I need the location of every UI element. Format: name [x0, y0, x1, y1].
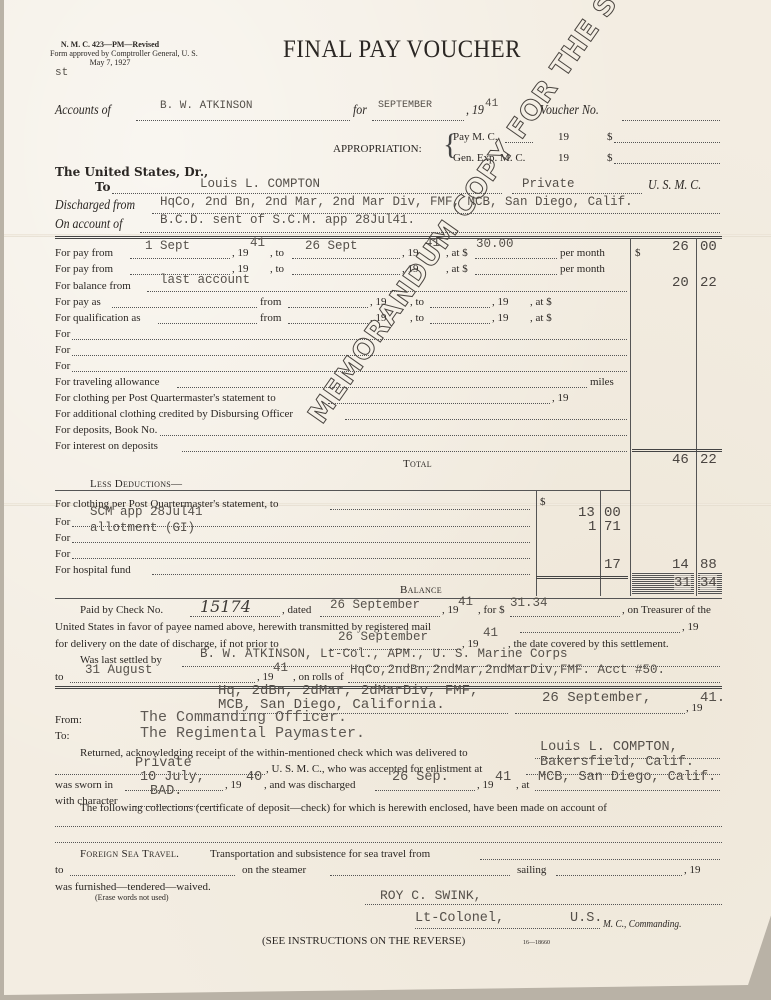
signer-name: ROY C. SWINK, — [380, 888, 481, 903]
endorse-date-underline — [515, 713, 685, 714]
check-label: Paid by Check No. — [80, 604, 163, 616]
deposits-label: For deposits, Book No. — [55, 424, 157, 436]
balance-from: last account — [160, 273, 250, 287]
deduction-cents-rule — [600, 490, 601, 596]
collections-line-1 — [55, 826, 722, 827]
clothing-label: For clothing per Post Quartermaster's st… — [55, 392, 276, 404]
additional-clothing-label: For additional clothing credited by Disb… — [55, 408, 293, 420]
pay-from-underline — [130, 258, 230, 259]
from-value: The Commanding Officer. — [140, 709, 347, 726]
sworn-label: was sworn in — [55, 779, 113, 791]
pay-year1-label: , 19 — [232, 247, 249, 259]
on-account-of: B.C.D. sent of S.C.M. app 28Jul41. — [160, 213, 415, 227]
discharged-date: 26 Sep. — [392, 770, 449, 785]
mail-year: , 19 — [682, 621, 699, 633]
interest-label: For interest on deposits — [55, 440, 158, 452]
qualification-year2: , 19 — [492, 312, 509, 324]
balance-dollars: 31 — [674, 575, 691, 591]
accounts-month: SEPTEMBER — [378, 100, 432, 111]
check-year-label: , 19 — [442, 604, 459, 616]
month-underline — [372, 120, 464, 121]
discharged-at-underline — [535, 790, 720, 791]
character: BAD. — [150, 784, 182, 799]
discharged-at: MCB, San Diego, Calif. — [538, 770, 716, 785]
genexp-underline — [614, 163, 720, 164]
settled-to-label: to — [55, 671, 64, 683]
delivered-to: Louis L. COMPTON, — [540, 740, 678, 755]
clothing-year: , 19 — [552, 392, 569, 404]
signer-rank: Lt-Colonel, — [415, 911, 504, 926]
sailing-year: , 19 — [684, 864, 701, 876]
qualification-from: from — [260, 312, 281, 324]
deduction-2-cents: 71 — [604, 519, 621, 535]
pay-dollars: 26 — [672, 239, 689, 255]
deduction-item-2: allotment (GI) — [90, 521, 195, 535]
signer-service: U.S. — [570, 911, 602, 926]
deduction-for-1: For — [55, 516, 70, 528]
endorse-year: 41. — [700, 690, 725, 706]
dollars-column-rule — [630, 238, 631, 596]
traveling-underline — [177, 387, 587, 388]
furnished-text: was furnished—tendered—waived. — [55, 881, 211, 893]
discharged-year: 41 — [495, 770, 511, 785]
qualification-label: For qualification as — [55, 312, 141, 324]
settled-by: B. W. ATKINSON, Lt-Col., APM., U. S. Mar… — [200, 647, 568, 661]
interest-underline — [182, 451, 627, 452]
per-month-label: per month — [560, 247, 605, 259]
total-cents: 22 — [700, 452, 717, 468]
steamer-label: on the steamer — [242, 864, 306, 876]
deductions-sum-rule — [536, 576, 628, 579]
per-month-label-2: per month — [560, 263, 605, 275]
sworn-date: 10 July, — [140, 770, 205, 785]
pay-year: 19 — [558, 131, 569, 143]
pay-to-label: , to — [270, 247, 284, 259]
usmc-text: , U. S. M. C., who was accepted for enli… — [266, 763, 482, 775]
dated-underline — [320, 616, 440, 617]
cents-column-rule — [696, 238, 697, 596]
endorse-date: 26 September, — [542, 690, 651, 706]
settled-year: 41 — [273, 661, 288, 675]
deduction-clothing-underline — [330, 509, 530, 510]
commanding-label: M. C., Commanding. — [603, 918, 681, 930]
payee-name: Louis L. COMPTON — [200, 177, 320, 191]
discharged-label-endorse: , and was discharged — [264, 779, 355, 791]
form-code: N. M. C. 423—PM—Revised — [50, 40, 170, 49]
deduction-for-2: For — [55, 532, 70, 544]
accounts-name: B. W. ATKINSON — [160, 100, 252, 112]
deductions-total-dollars: 14 — [672, 557, 689, 573]
check-amount: 31.34 — [510, 596, 548, 610]
sea-travel-heading: Foreign Sea Travel. — [80, 848, 179, 860]
pay2-to-underline — [292, 274, 400, 275]
pay-year1: 41 — [250, 236, 265, 250]
hospital-fund-underline — [152, 574, 530, 575]
at-label: , at — [516, 779, 529, 791]
discharged-from: HqCo, 2nd Bn, 2nd Mar, 2nd Mar Div, FMF,… — [160, 195, 633, 209]
qualification-from-underline — [288, 323, 368, 324]
delivery-date: 26 September — [338, 630, 428, 644]
delivery-year: 41 — [483, 626, 498, 640]
sea-travel-text: Transportation and subsistence for sea t… — [210, 848, 430, 860]
pay2-rate-underline — [475, 274, 557, 275]
discharged-date-underline — [375, 790, 475, 791]
enlisted-at: Bakersfield, Calif. — [540, 755, 694, 770]
pay-to-date: 26 Sept — [305, 239, 358, 253]
check-underline — [190, 616, 280, 617]
form-code-block: N. M. C. 423—PM—Revised Form approved by… — [50, 40, 170, 67]
sailing-underline — [556, 875, 682, 876]
qualification-at: , at $ — [530, 312, 552, 324]
year-prefix: , 19 — [466, 103, 484, 119]
st-mark: st — [55, 67, 68, 79]
deductions-total-cents: 88 — [700, 557, 717, 573]
check-number: 15174 — [200, 597, 251, 616]
deduction-2-dollars: 1 — [588, 519, 596, 535]
amount-underline — [510, 616, 620, 617]
qualification-underline — [158, 323, 257, 324]
instructions-note: (SEE INSTRUCTIONS ON THE REVERSE) — [262, 935, 465, 947]
steamer-underline — [330, 875, 510, 876]
balance-label: Balance — [400, 584, 442, 596]
for-line-2: For — [55, 344, 70, 356]
pay-dollar: $ — [607, 131, 613, 143]
deduction-underline-3 — [72, 558, 530, 559]
treasurer-text: , on Treasurer of the — [622, 604, 711, 616]
pay-as-at: , at $ — [530, 296, 552, 308]
to-underline — [112, 193, 502, 194]
deduction-for-3: For — [55, 548, 70, 560]
pay-as-from: from — [260, 296, 281, 308]
additional-clothing-underline — [345, 419, 627, 420]
sworn-year: 40 — [246, 770, 262, 785]
clothing-underline — [328, 403, 550, 404]
amount-label: , for $ — [478, 604, 505, 616]
payee-rank: Private — [522, 177, 575, 191]
accounts-label: Accounts of — [55, 103, 111, 119]
deductions-rule — [55, 490, 630, 491]
check-year: 41 — [458, 595, 473, 609]
collections-text: The following collections (certificate o… — [80, 802, 607, 814]
pay-cents: 00 — [700, 239, 717, 255]
deduction-underline-2 — [72, 542, 530, 543]
pay2-at-label: , at $ — [446, 263, 468, 275]
sworn-year-label: , 19 — [225, 779, 242, 791]
deduction-dollar-sign: $ — [540, 496, 546, 508]
endorse-rank: Private — [135, 756, 192, 771]
rolls-label: , on rolls of — [293, 671, 344, 683]
pay-rate: 30.00 — [476, 237, 514, 251]
pay-from-date: 1 Sept — [145, 239, 190, 253]
pay-to-underline — [292, 258, 400, 259]
sea-from-underline — [480, 859, 720, 860]
qualification-to: , to — [410, 312, 424, 324]
mail-underline — [520, 632, 680, 633]
hospital-fund-label: For hospital fund — [55, 564, 131, 576]
deduction-dollars-rule — [536, 490, 537, 596]
genexp-dollar: $ — [607, 152, 613, 164]
pay-as-to-underline — [430, 307, 490, 308]
balance-from-label: For balance from — [55, 280, 131, 292]
balance-cents: 22 — [700, 275, 717, 291]
discharged-year-label: , 19 — [477, 779, 494, 791]
pay-from-label: For pay from — [55, 247, 113, 259]
form-approval: Form approved by Comptroller General, U.… — [50, 49, 170, 58]
to-value: The Regimental Paymaster. — [140, 725, 365, 742]
service-label: U. S. M. C. — [648, 178, 701, 194]
to-label-endorse: To: — [55, 730, 70, 742]
balance-dollars: 20 — [672, 275, 689, 291]
voucher-underline — [622, 120, 720, 121]
appropriation-label: APPROPRIATION: — [333, 143, 422, 155]
sea-to-underline — [70, 875, 235, 876]
pay-as-from-underline — [288, 307, 368, 308]
hospital-fund-cents: 17 — [604, 557, 621, 573]
page-title: FINAL PAY VOUCHER — [283, 36, 521, 64]
pay-from-label-2: For pay from — [55, 263, 113, 275]
check-date: 26 September — [330, 598, 420, 612]
rate-underline — [475, 258, 557, 259]
miles-label: miles — [590, 376, 614, 388]
collections-line-2 — [55, 842, 722, 843]
pay2-to-label: , to — [270, 263, 284, 275]
accounts-underline — [136, 120, 350, 121]
to-label: To — [95, 180, 111, 194]
settled-year-label: , 19 — [257, 671, 274, 683]
on-account-label: On account of — [55, 217, 122, 233]
for-underline-1 — [72, 339, 627, 340]
deposits-underline — [160, 435, 627, 436]
sea-to-label: to — [55, 864, 64, 876]
balance-cents: 34 — [700, 575, 717, 591]
deduction-item-1: SCM app 28Jul41 — [90, 505, 203, 519]
settled-to: 31 August — [85, 663, 153, 677]
traveling-label: For traveling allowance — [55, 376, 159, 388]
united-states-heading: The United States, Dr., — [55, 165, 208, 179]
sailing-label: sailing — [517, 864, 546, 876]
pay-as-underline — [112, 307, 257, 308]
less-deductions-heading: Less Deductions— — [90, 478, 182, 490]
pay-amount-underline — [614, 142, 720, 143]
from-label: From: — [55, 714, 82, 726]
total-dollars: 46 — [672, 452, 689, 468]
for-line-1: For — [55, 328, 70, 340]
dollar-sign: $ — [635, 247, 641, 259]
rank-signature-underline — [415, 928, 600, 929]
total-label: Total — [403, 458, 432, 470]
form-date: May 7, 1927 — [50, 58, 170, 67]
pay-as-year2: , 19 — [492, 296, 509, 308]
accounts-year: 41 — [485, 98, 498, 110]
signature-underline — [365, 904, 722, 905]
qualification-to-underline — [430, 323, 490, 324]
print-code: 16—18660 — [523, 940, 550, 946]
for-label: for — [353, 103, 367, 119]
pay-as-label: For pay as — [55, 296, 101, 308]
dated-label: , dated — [282, 604, 311, 616]
rolls: HqCo,2ndBn,2ndMar,2ndMarDiv,FMF. Acct #5… — [350, 663, 665, 677]
erase-note: (Erase words not used) — [95, 893, 169, 902]
genexp-year: 19 — [558, 152, 569, 164]
discharged-from-label: Discharged from — [55, 198, 135, 214]
for-line-3: For — [55, 360, 70, 372]
rank-underline — [512, 193, 642, 194]
